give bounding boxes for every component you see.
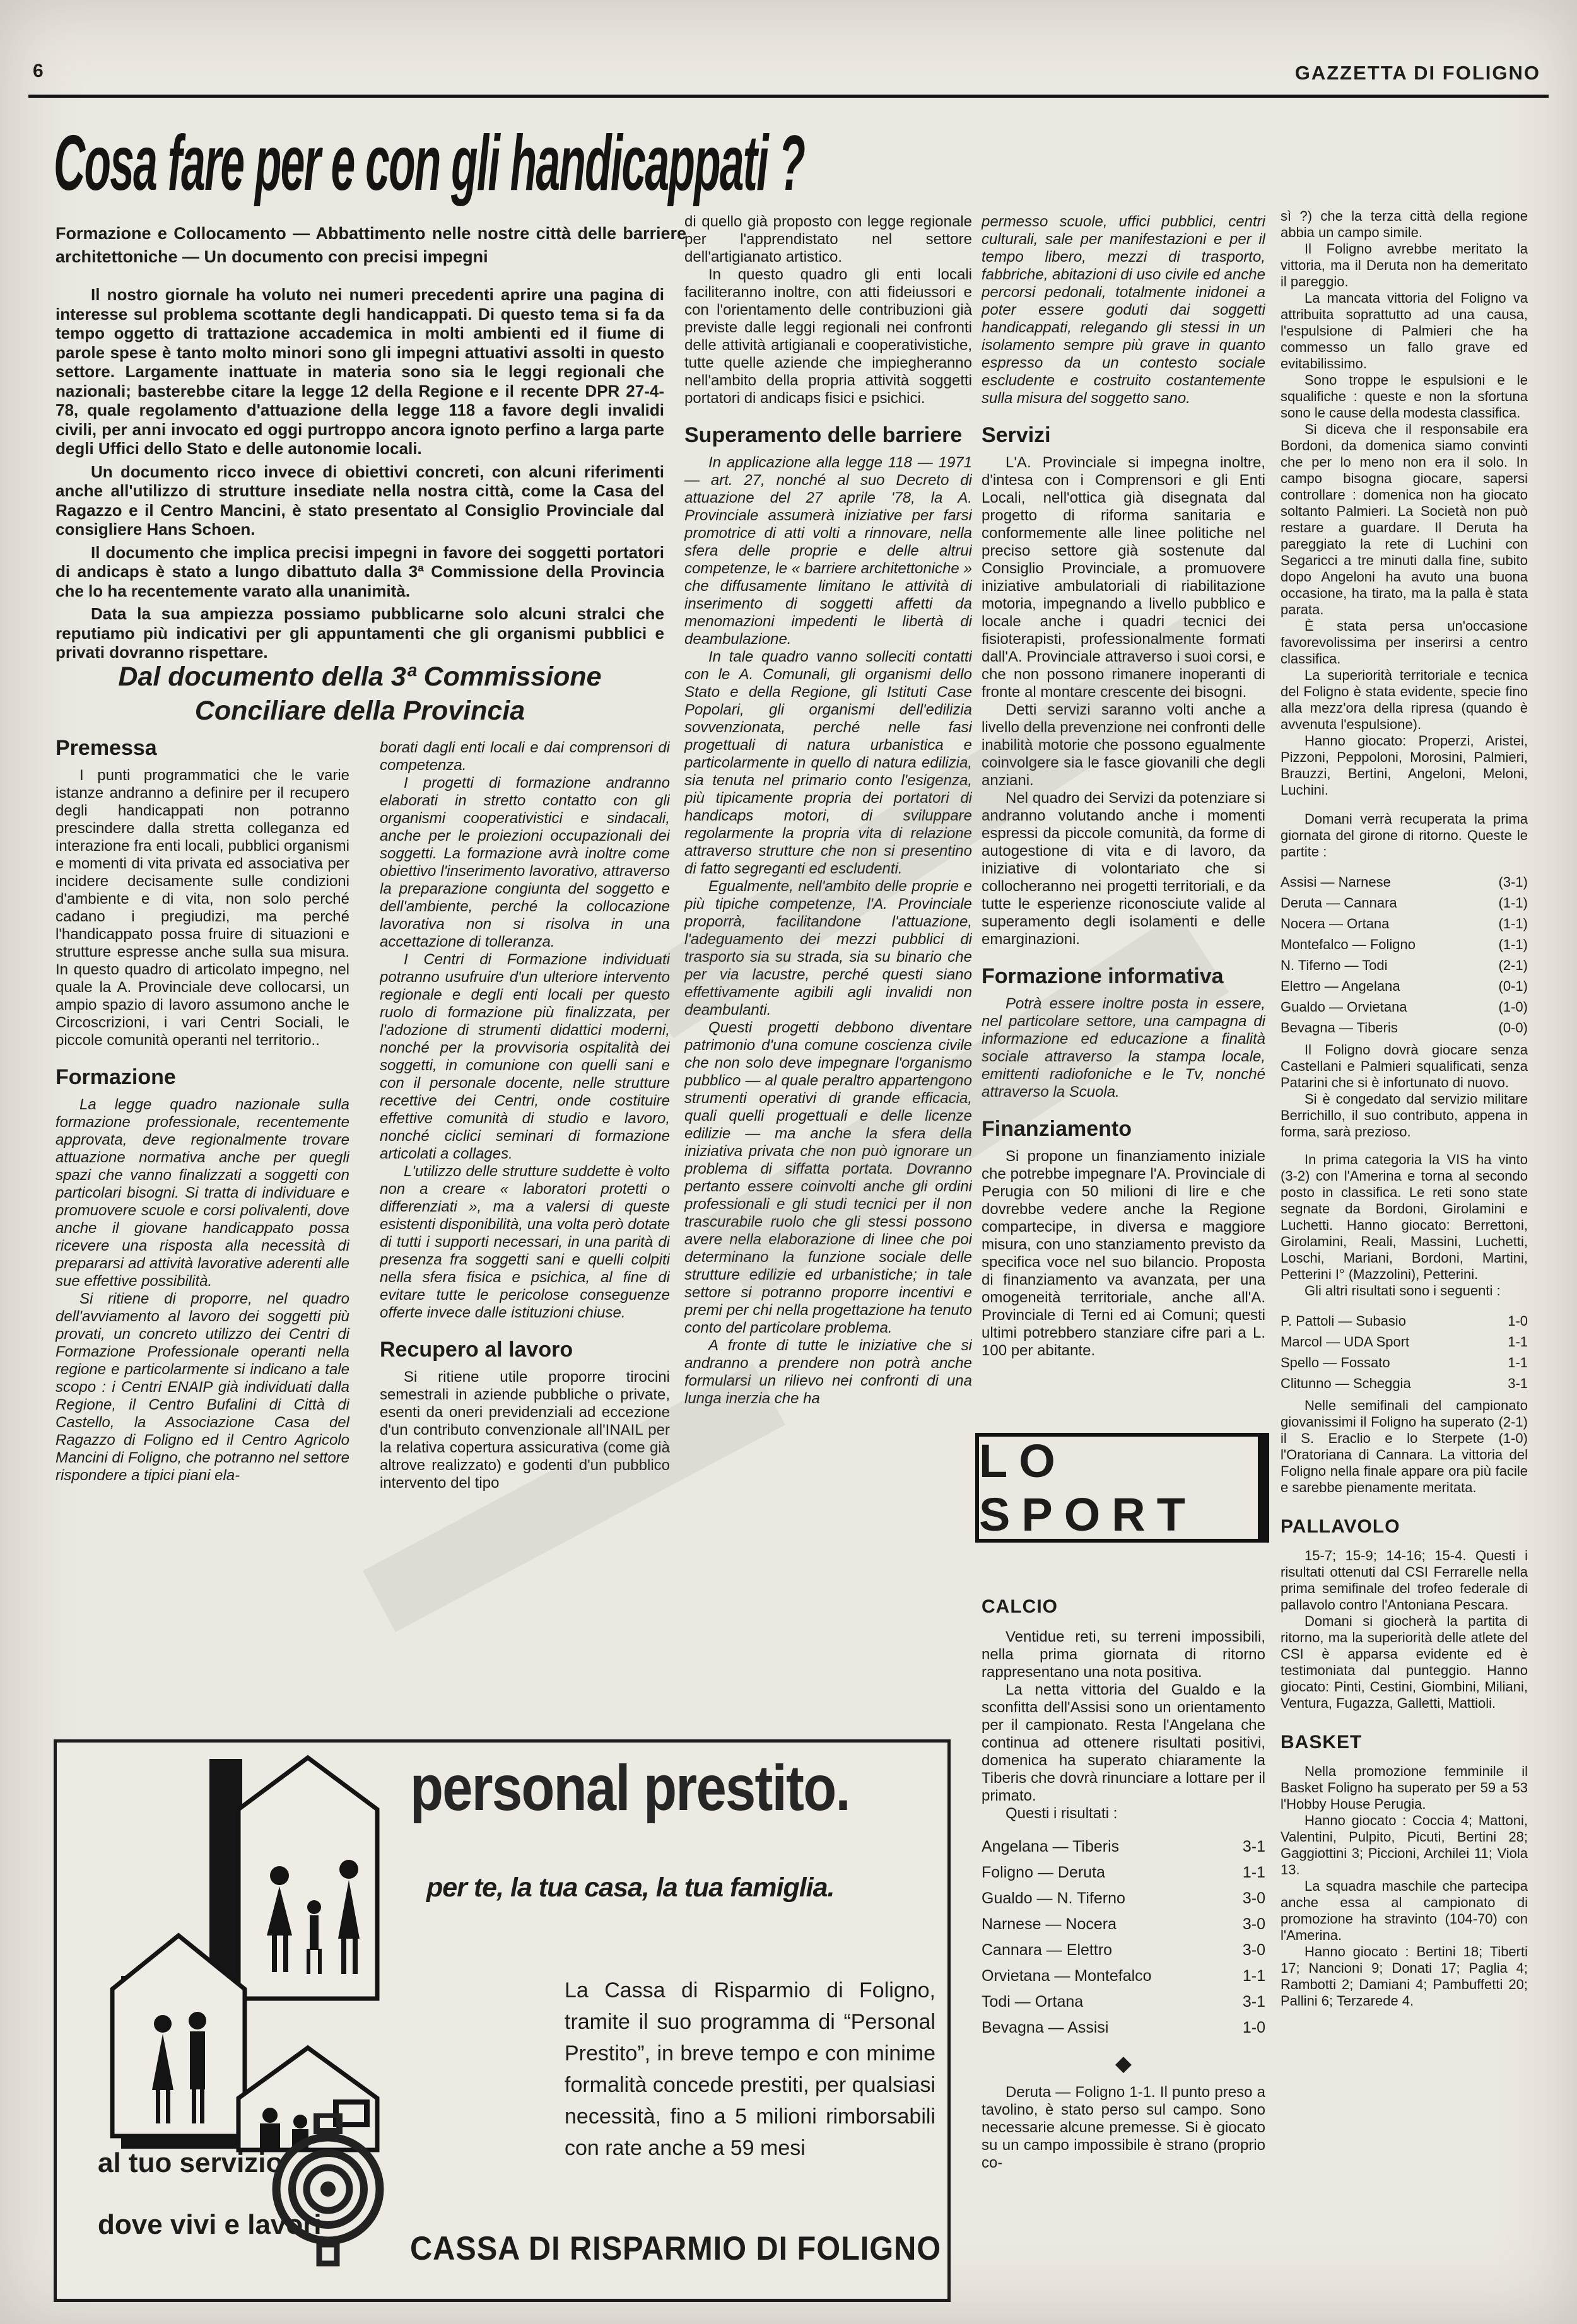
article-paragraph: Sono troppe le espulsioni e le squalific… [1281, 372, 1528, 421]
article-paragraph: Si è congedato dal servizio militare Ber… [1281, 1091, 1528, 1140]
sport-section-heading: BASKET [1281, 1734, 1528, 1751]
article-paragraph: Nella promozione femminile il Basket Fol… [1281, 1763, 1528, 1813]
match-score: (2-1) [1491, 955, 1528, 976]
spacer [1281, 1140, 1528, 1152]
article-paragraph: Si diceva che il responsabile era Bordon… [1281, 421, 1528, 618]
article-paragraph: Domani verrà recuperata la prima giornat… [1281, 811, 1528, 860]
document-section-head-line2: Conciliare della Provincia [56, 694, 664, 728]
results-list: P. Pattoli — Subasio1-0Marcol — UDA Spor… [1281, 1311, 1528, 1394]
match-result-row: Montefalco — Foligno(1-1) [1281, 934, 1528, 955]
article-paragraph: La squadra maschile che partecipa anche … [1281, 1878, 1528, 1944]
match-teams: Cannara — Elettro [982, 1937, 1112, 1963]
match-score: (1-0) [1491, 996, 1528, 1017]
match-score: 1-0 [1235, 2015, 1265, 2041]
article-paragraph: Il Foligno avrebbe meritato la vittoria,… [1281, 241, 1528, 290]
intro-block: Il nostro giornale ha voluto nei numeri … [56, 285, 664, 666]
match-teams: Clitunno — Scheggia [1281, 1373, 1411, 1394]
article-paragraph: È stata persa un'occasione favorevolissi… [1281, 618, 1528, 667]
bank-logo [265, 2113, 391, 2271]
article-paragraph: borati dagli enti locali e dai comprenso… [380, 739, 670, 774]
article-paragraph: Nelle semifinali del campionato giovanis… [1281, 1398, 1528, 1496]
match-result-row: Assisi — Narnese(3-1) [1281, 872, 1528, 892]
match-result-row: Angelana — Tiberis3-1 [982, 1834, 1265, 1860]
header-rule [28, 95, 1549, 98]
match-result-row: Marcol — UDA Sport1-1 [1281, 1331, 1528, 1352]
column-heading: Formazione informativa [982, 967, 1265, 985]
subheadline: Formazione e Collocamento — Abbattimento… [56, 222, 686, 269]
article-paragraph: I punti programmatici che le varie istan… [56, 767, 349, 1049]
article-paragraph: Il Foligno dovrà giocare senza Castellan… [1281, 1042, 1528, 1091]
article-paragraph: di quello già proposto con legge regiona… [684, 213, 972, 266]
article-paragraph: In prima categoria la VIS ha vinto (3-2)… [1281, 1152, 1528, 1283]
column-heading: Formazione [56, 1068, 349, 1086]
article-column-3: di quello già proposto con legge regiona… [684, 213, 972, 1739]
newspaper-page: 6 GAZZETTA DI FOLIGNO Cosa fare per e co… [0, 0, 1577, 2324]
ad-headline: personal prestito. [410, 1751, 850, 1825]
bank-advertisement: personal prestito. per te, la tua casa, … [54, 1739, 951, 2302]
match-result-row: Clitunno — Scheggia3-1 [1281, 1373, 1528, 1394]
match-score: (1-1) [1491, 892, 1528, 913]
lo-sport-label: LO SPORT [979, 1434, 1258, 1541]
article-paragraph: L'A. Provinciale si impegna inoltre, d'i… [982, 454, 1265, 701]
match-result-row: N. Tiferno — Todi(2-1) [1281, 955, 1528, 976]
match-teams: Assisi — Narnese [1281, 872, 1391, 892]
match-result-row: Narnese — Nocera3-0 [982, 1912, 1265, 1937]
article-column-2: borati dagli enti locali e dai comprenso… [380, 739, 670, 1736]
match-teams: N. Tiferno — Todi [1281, 955, 1388, 976]
article-paragraph: In questo quadro gli enti locali facilit… [684, 266, 972, 407]
article-paragraph: Hanno giocato : Coccia 4; Mattoni, Valen… [1281, 1813, 1528, 1878]
match-result-row: Spello — Fossato1-1 [1281, 1352, 1528, 1373]
match-result-row: Todi — Ortana3-1 [982, 1989, 1265, 2015]
article-paragraph: L'utilizzo delle strutture suddette è vo… [380, 1163, 670, 1322]
article-paragraph: Hanno giocato: Properzi, Aristei, Pizzon… [1281, 733, 1528, 798]
article-paragraph: La legge quadro nazionale sulla formazio… [56, 1096, 349, 1290]
match-result-row: Orvietana — Montefalco1-1 [982, 1963, 1265, 1989]
match-score: 3-0 [1235, 1937, 1265, 1963]
match-teams: Bevagna — Assisi [982, 2015, 1109, 2041]
match-teams: Orvietana — Montefalco [982, 1963, 1152, 1989]
match-teams: Nocera — Ortana [1281, 913, 1389, 934]
lo-sport-banner: LO SPORT [975, 1433, 1269, 1543]
article-paragraph: In applicazione alla legge 118 — 1971 — … [684, 454, 972, 648]
column-heading: Recupero al lavoro [380, 1341, 670, 1358]
article-paragraph: Data la sua ampiezza possiamo pubblicarn… [56, 604, 664, 662]
match-teams: Todi — Ortana [982, 1989, 1083, 2015]
match-score: 3-1 [1235, 1834, 1265, 1860]
match-teams: Foligno — Deruta [982, 1860, 1105, 1886]
article-paragraph: Deruta — Foligno 1-1. Il punto preso a t… [982, 2084, 1265, 2172]
article-paragraph: Gli altri risultati sono i seguenti : [1281, 1283, 1528, 1299]
match-teams: Elettro — Angelana [1281, 976, 1400, 996]
article-paragraph: Il nostro giornale ha voluto nei numeri … [56, 285, 664, 458]
article-paragraph: Un documento ricco invece di obiettivi c… [56, 462, 664, 539]
article-paragraph: La superiorità territoriale e tecnica de… [1281, 667, 1528, 733]
article-paragraph: Potrà essere inoltre posta in essere, ne… [982, 995, 1265, 1101]
document-section-head: Dal documento della 3ª Commissione Conci… [56, 660, 664, 728]
match-score: 3-1 [1500, 1373, 1528, 1394]
results-list: Assisi — Narnese(3-1)Deruta — Cannara(1-… [1281, 872, 1528, 1038]
article-paragraph: Questi i risultati : [982, 1805, 1265, 1823]
match-result-row: Gualdo — Orvietana(1-0) [1281, 996, 1528, 1017]
match-result-row: Deruta — Cannara(1-1) [1281, 892, 1528, 913]
article-paragraph: Domani si giocherà la partita di ritorno… [1281, 1613, 1528, 1712]
match-result-row: Nocera — Ortana(1-1) [1281, 913, 1528, 934]
ad-body-text: La Cassa di Risparmio di Foligno, tramit… [565, 1975, 935, 2164]
column-heading: Finanziamento [982, 1120, 1265, 1138]
article-paragraph: Ventidue reti, su terreni impossibili, n… [982, 1628, 1265, 1681]
article-paragraph: Si propone un finanziamento iniziale che… [982, 1148, 1265, 1360]
match-teams: Narnese — Nocera [982, 1912, 1117, 1937]
match-score: 1-1 [1235, 1963, 1265, 1989]
match-score: (0-0) [1491, 1017, 1528, 1038]
article-paragraph: Il documento che implica precisi impegni… [56, 543, 664, 601]
match-teams: Marcol — UDA Sport [1281, 1331, 1409, 1352]
column-heading: Superamento delle barriere [684, 426, 972, 444]
match-result-row: P. Pattoli — Subasio1-0 [1281, 1311, 1528, 1331]
match-score: (0-1) [1491, 976, 1528, 996]
ad-service-line1: al tuo servizio [98, 2147, 283, 2179]
sport-section-heading: PALLAVOLO [1281, 1519, 1528, 1535]
match-teams: Spello — Fossato [1281, 1352, 1390, 1373]
match-score: 3-0 [1235, 1912, 1265, 1937]
match-result-row: Gualdo — N. Tiferno3-0 [982, 1886, 1265, 1912]
article-paragraph: A fronte di tutte le iniziative che si a… [684, 1337, 972, 1408]
document-section-head-line1: Dal documento della 3ª Commissione [56, 660, 664, 694]
spacer [1281, 798, 1528, 811]
article-paragraph: Si ritiene di proporre, nel quadro dell'… [56, 1290, 349, 1485]
match-score: 1-0 [1500, 1311, 1528, 1331]
article-paragraph: permesso scuole, uffici pubblici, centri… [982, 213, 1265, 407]
match-result-row: Foligno — Deruta1-1 [982, 1860, 1265, 1886]
match-score: 1-1 [1500, 1331, 1528, 1352]
match-score: 1-1 [1235, 1860, 1265, 1886]
match-teams: Gualdo — Orvietana [1281, 996, 1407, 1017]
main-headline-text: Cosa fare per e con gli handicappati ? [54, 119, 804, 208]
article-paragraph: La netta vittoria del Gualdo e la sconfi… [982, 1681, 1265, 1805]
article-column-1: PremessaI punti programmatici che le var… [56, 739, 349, 1736]
match-teams: Angelana — Tiberis [982, 1834, 1119, 1860]
article-paragraph: Egualmente, nell'ambito delle proprie e … [684, 878, 972, 1019]
article-paragraph: sì ?) che la terza città della regione a… [1281, 208, 1528, 241]
houses-illustration [62, 1746, 415, 2153]
column-heading: Servizi [982, 426, 1265, 444]
sport-section-heading: CALCIO [982, 1598, 1265, 1616]
article-paragraph: La mancata vittoria del Foligno va attri… [1281, 290, 1528, 372]
calcio-column: CALCIOVentidue reti, su terreni impossib… [982, 1575, 1265, 2320]
sport-column-right: sì ?) che la terza città della regione a… [1281, 208, 1528, 2315]
article-paragraph: Questi progetti debbono diventare patrim… [684, 1019, 972, 1337]
article-paragraph: Si ritiene utile proporre tirocini semes… [380, 1369, 670, 1492]
article-paragraph: 15-7; 15-9; 14-16; 15-4. Questi i risult… [1281, 1548, 1528, 1613]
article-paragraph: Detti servizi saranno volti anche a live… [982, 701, 1265, 790]
match-teams: Montefalco — Foligno [1281, 934, 1416, 955]
match-score: (1-1) [1491, 934, 1528, 955]
match-result-row: Cannara — Elettro3-0 [982, 1937, 1265, 1963]
main-headline: Cosa fare per e con gli handicappati ? [54, 119, 848, 213]
article-paragraph: I Centri di Formazione individuati potra… [380, 951, 670, 1163]
match-teams: Deruta — Cannara [1281, 892, 1397, 913]
column-heading: Premessa [56, 739, 349, 757]
match-teams: P. Pattoli — Subasio [1281, 1311, 1406, 1331]
match-result-row: Elettro — Angelana(0-1) [1281, 976, 1528, 996]
match-result-row: Bevagna — Assisi1-0 [982, 2015, 1265, 2041]
diamond-separator: ◆ [982, 2055, 1265, 2072]
ad-brand-name: CASSA DI RISPARMIO DI FOLIGNO [410, 2229, 941, 2268]
masthead: GAZZETTA DI FOLIGNO [1295, 62, 1540, 85]
match-score: 1-1 [1500, 1352, 1528, 1373]
match-score: 3-0 [1235, 1886, 1265, 1912]
article-paragraph: In tale quadro vanno solleciti contatti … [684, 648, 972, 878]
results-list: Angelana — Tiberis3-1Foligno — Deruta1-1… [982, 1834, 1265, 2041]
article-paragraph: Hanno giocato : Bertini 18; Tiberti 17; … [1281, 1944, 1528, 2009]
match-score: (1-1) [1491, 913, 1528, 934]
match-score: (3-1) [1491, 872, 1528, 892]
match-teams: Gualdo — N. Tiferno [982, 1886, 1125, 1912]
match-result-row: Bevagna — Tiberis(0-0) [1281, 1017, 1528, 1038]
page-number: 6 [33, 61, 44, 82]
article-paragraph: I progetti di formazione andranno elabor… [380, 774, 670, 951]
match-score: 3-1 [1235, 1989, 1265, 2015]
article-column-4: permesso scuole, uffici pubblici, centri… [982, 213, 1265, 1424]
article-paragraph: Nel quadro dei Servizi da potenziare si … [982, 790, 1265, 949]
match-teams: Bevagna — Tiberis [1281, 1017, 1398, 1038]
ad-tagline: per te, la tua casa, la tua famiglia. [426, 1872, 835, 1903]
